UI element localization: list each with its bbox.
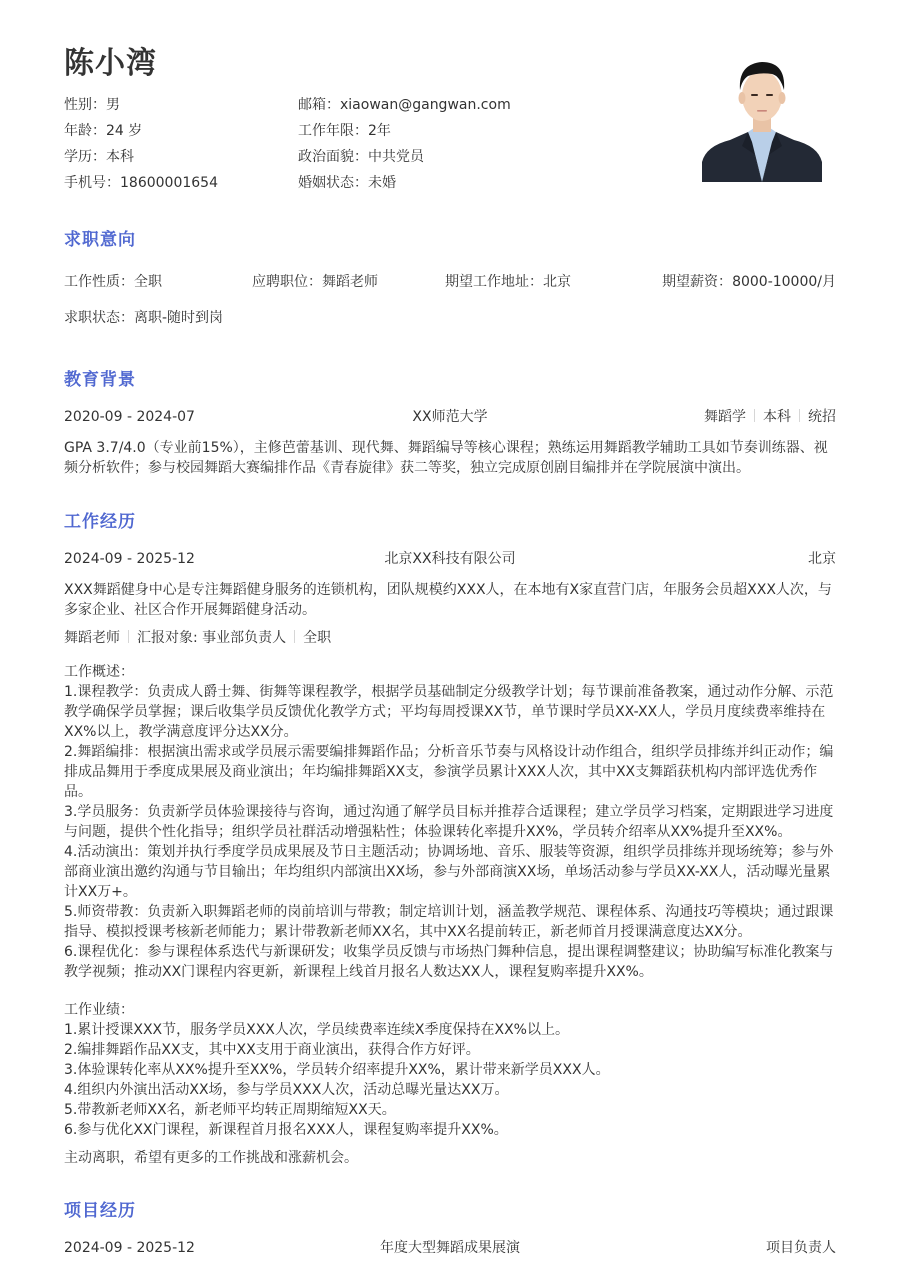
- work-company: 北京XX科技有限公司: [64, 548, 836, 570]
- work-achievements: 工作业绩： 1.累计授课XXX节，服务学员XXX人次，学员续费率连续X季度保持在…: [64, 1000, 836, 1140]
- separator: [754, 409, 755, 422]
- intent-position: 应聘职位：舞蹈老师: [252, 271, 378, 293]
- work-overview-title: 工作概述：: [64, 662, 836, 682]
- avatar-photo-icon: [702, 50, 822, 182]
- intent-salary: 期望薪资：8000-10000/月: [662, 271, 836, 293]
- info-email: 邮箱：xiaowan@gangwan.com: [298, 92, 511, 118]
- separator: [294, 630, 295, 643]
- work-location: 北京: [808, 548, 836, 570]
- intent-location: 期望工作地址：北京: [445, 271, 571, 293]
- work-overview-item: 6.课程优化：参与课程体系迭代与新课研发；收集学员反馈与市场热门舞种信息，提出课…: [64, 942, 836, 982]
- project-header-row: 2024-09 - 2025-12 年度大型舞蹈成果展演 项目负责人: [64, 1237, 836, 1259]
- project-role: 项目负责人: [766, 1237, 836, 1259]
- candidate-name: 陈小湾: [64, 38, 157, 82]
- info-age: 年龄：24 岁: [64, 118, 142, 144]
- section-title-work: 工作经历: [64, 507, 136, 532]
- work-achievement-item: 6.参与优化XX门课程，新课程首月报名XXX人，课程复购率提升XX%。: [64, 1120, 836, 1140]
- intent-status: 求职状态：离职-随时到岗: [64, 307, 223, 329]
- work-achievement-item: 1.累计授课XXX节，服务学员XXX人次，学员续费率连续X季度保持在XX%以上。: [64, 1020, 836, 1040]
- work-achievement-item: 5.带教新老师XX名，新老师平均转正周期缩短XX天。: [64, 1100, 836, 1120]
- separator: [799, 409, 800, 422]
- section-title-job-intent: 求职意向: [64, 225, 136, 250]
- education-description: GPA 3.7/4.0（专业前15%），主修芭蕾基训、现代舞、舞蹈编导等核心课程…: [64, 438, 836, 478]
- project-name: 年度大型舞蹈成果展演: [64, 1237, 836, 1259]
- separator: [128, 630, 129, 643]
- education-tags: 舞蹈学本科统招: [704, 406, 836, 428]
- work-company-description: XXX舞蹈健身中心是专注舞蹈健身服务的连锁机构，团队规模约XXX人，在本地有X家…: [64, 580, 836, 620]
- work-overview-item: 4.活动演出：策划并执行季度学员成果展及节日主题活动；协调场地、音乐、服装等资源…: [64, 842, 836, 902]
- info-marital-status: 婚姻状态：未婚: [298, 170, 396, 196]
- section-title-education: 教育背景: [64, 365, 136, 390]
- work-tags: 舞蹈老师汇报对象: 事业部负责人全职: [64, 627, 836, 649]
- work-achievement-item: 2.编排舞蹈作品XX支，其中XX支用于商业演出，获得合作方好评。: [64, 1040, 836, 1060]
- work-achievements-title: 工作业绩：: [64, 1000, 836, 1020]
- work-header-row: 2024-09 - 2025-12 北京XX科技有限公司 北京: [64, 548, 836, 570]
- intent-job-type: 工作性质：全职: [64, 271, 162, 293]
- avatar: [702, 50, 822, 182]
- work-overview-item: 3.学员服务：负责新学员体验课接待与咨询，通过沟通了解学员目标并推荐合适课程；建…: [64, 802, 836, 842]
- work-overview-item: 5.师资带教：负责新入职舞蹈老师的岗前培训与带教；制定培训计划，涵盖教学规范、课…: [64, 902, 836, 942]
- info-gender: 性别：男: [64, 92, 120, 118]
- info-phone: 手机号：18600001654: [64, 170, 218, 196]
- work-overview: 工作概述： 1.课程教学：负责成人爵士舞、街舞等课程教学，根据学员基础制定分级教…: [64, 662, 836, 982]
- work-leave-reason: 主动离职，希望有更多的工作挑战和涨薪机会。: [64, 1148, 836, 1168]
- education-header-row: 2020-09 - 2024-07 XX师范大学 舞蹈学本科统招: [64, 406, 836, 428]
- work-overview-item: 2.舞蹈编排：根据演出需求或学员展示需要编排舞蹈作品；分析音乐节奏与风格设计动作…: [64, 742, 836, 802]
- work-overview-item: 1.课程教学：负责成人爵士舞、街舞等课程教学，根据学员基础制定分级教学计划；每节…: [64, 682, 836, 742]
- work-achievement-item: 3.体验课转化率从XX%提升至XX%，学员转介绍率提升XX%，累计带来新学员XX…: [64, 1060, 836, 1080]
- info-political-status: 政治面貌：中共党员: [298, 144, 424, 170]
- info-education: 学历：本科: [64, 144, 134, 170]
- info-work-years: 工作年限：2年: [298, 118, 391, 144]
- section-title-project: 项目经历: [64, 1196, 136, 1221]
- work-achievement-item: 4.组织内外演出活动XX场，参与学员XXX人次，活动总曝光量达XX万。: [64, 1080, 836, 1100]
